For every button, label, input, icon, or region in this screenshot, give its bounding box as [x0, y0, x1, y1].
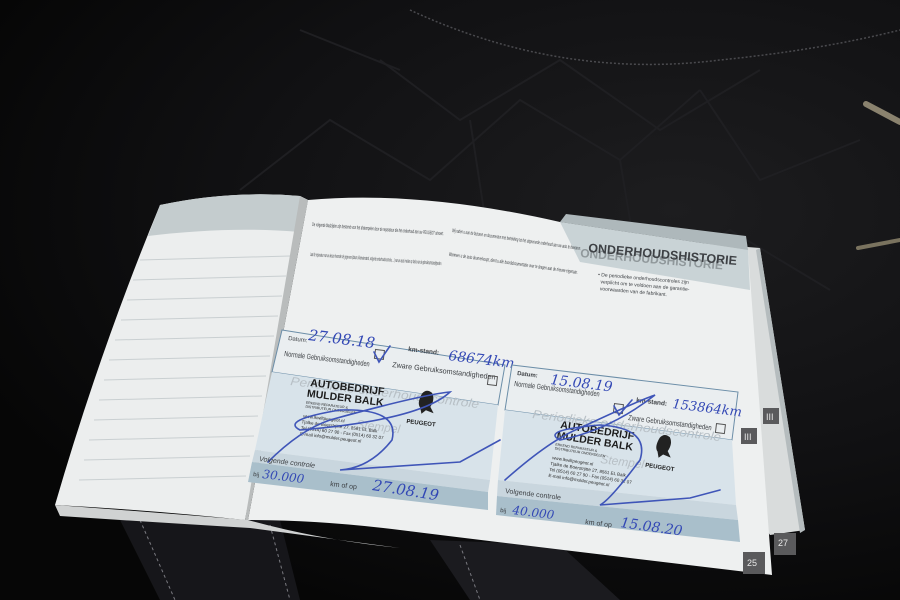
section-tab-front: III: [741, 428, 757, 444]
entry-1-next-km-prefix: bij: [253, 472, 260, 479]
page-number-27-label: 27: [778, 538, 788, 548]
service-entry-2: Datum: 15.08.19 km-stand: 153864km Norma…: [496, 365, 743, 542]
service-booklet: ONDERHOUDSHISTORIE ONDERHOUDSHISTORIE • …: [0, 0, 900, 600]
service-entry-1: Datum: 27.08.18 km-stand: 68674km Normal…: [248, 326, 515, 510]
section-tab-back: III: [763, 408, 779, 424]
photo-scene: ONDERHOUDSHISTORIE ONDERHOUDSHISTORIE • …: [0, 0, 900, 600]
entry-2-next-km-prefix: bij: [500, 508, 507, 515]
page-number-25-label: 25: [747, 558, 757, 568]
section-tab-back-label: III: [766, 412, 774, 422]
section-tab-front-label: III: [744, 432, 752, 442]
page-number-25: 25: [743, 552, 765, 574]
page-number-27: 27: [774, 533, 796, 555]
